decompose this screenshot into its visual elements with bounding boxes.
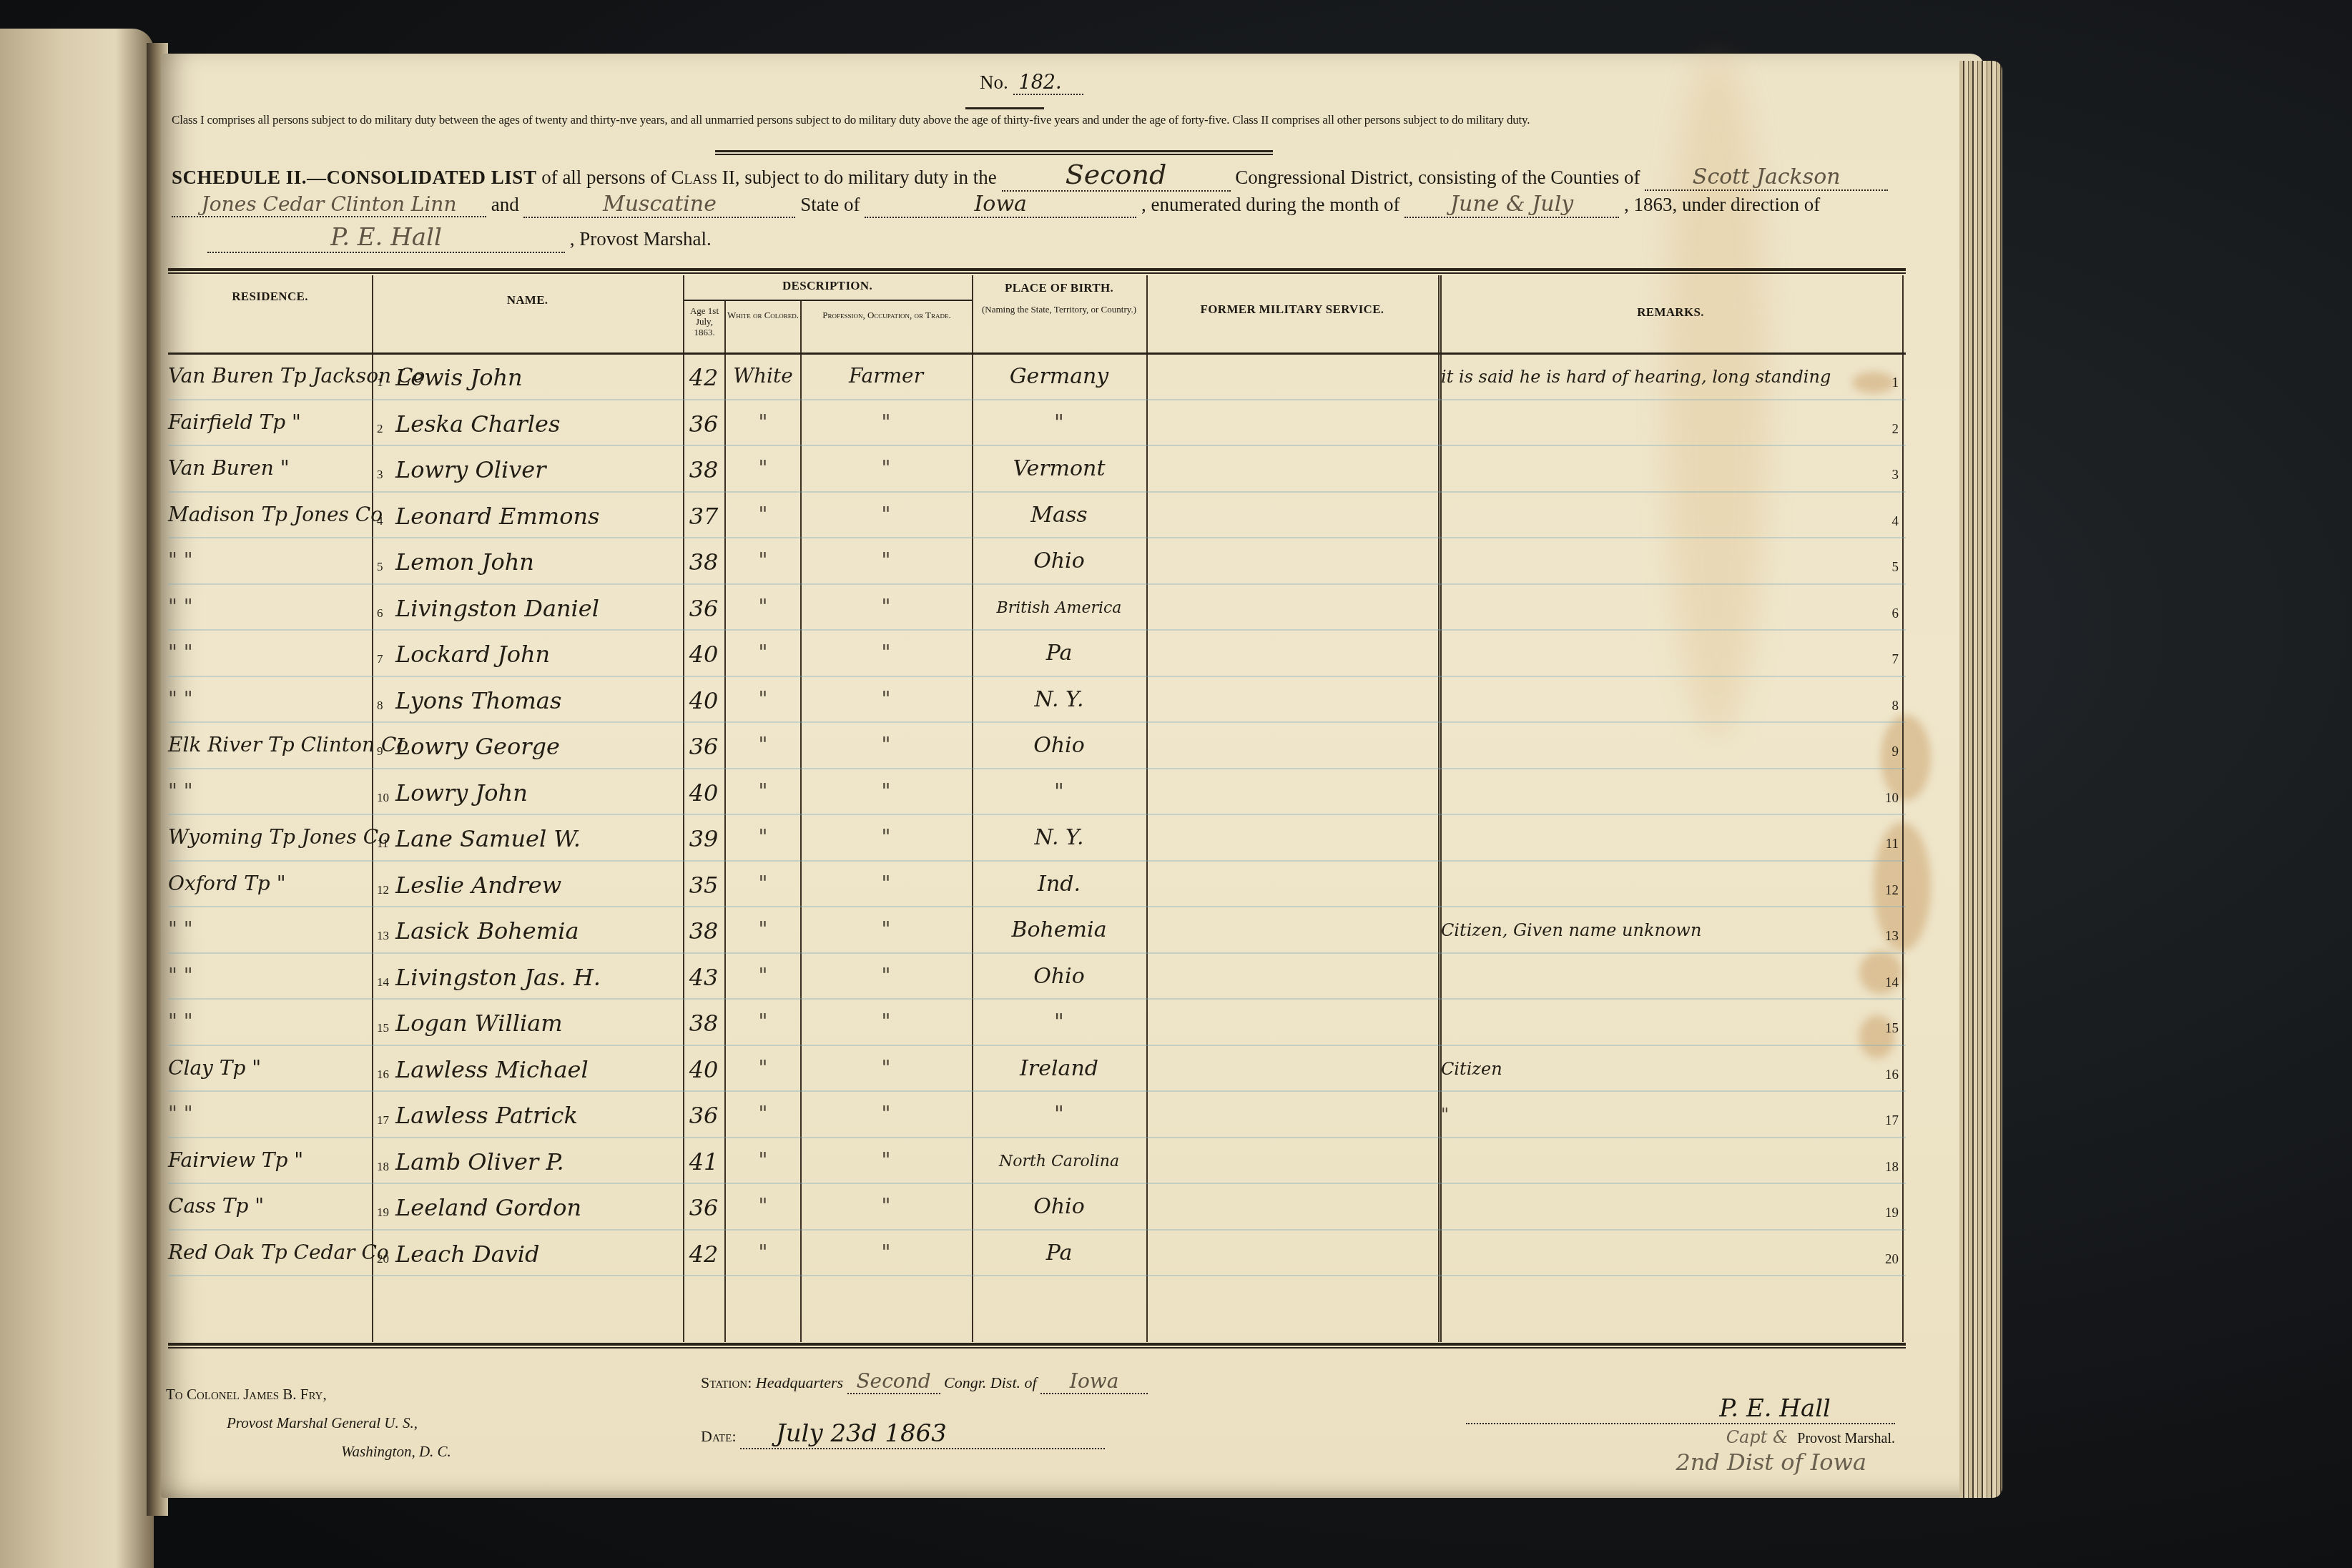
station-district-field: Second	[847, 1369, 940, 1394]
white-or-colored-cell: "	[726, 410, 800, 434]
and-label: and	[491, 194, 519, 215]
header-bottom-rule	[168, 352, 1906, 355]
residence-cell: Van Buren Tp Jackson Co	[168, 364, 372, 388]
profession-cell: "	[802, 410, 970, 434]
header-place-of-birth: PLACE OF BIRTH.	[972, 281, 1146, 295]
residence-cell: Wyoming Tp Jones Co	[168, 825, 372, 849]
schedule-title: SCHEDULE II.—CONSOLIDATED LIST of all pe…	[172, 159, 1888, 192]
table-row: Clay Tp "16Lawless Michael40""IrelandCit…	[168, 1047, 1906, 1094]
ruled-line	[168, 1183, 1906, 1184]
age-cell: 40	[683, 687, 724, 714]
remarks-cell: "	[1441, 1105, 1870, 1125]
name-cell: Livingston Daniel	[395, 595, 682, 622]
row-number: 7	[377, 652, 383, 666]
profession-cell: "	[802, 595, 970, 618]
row-number: 8	[377, 699, 383, 713]
line-number: 4	[1870, 514, 1899, 530]
place-of-birth-cell: Germany	[973, 364, 1145, 389]
line-number: 17	[1870, 1113, 1899, 1129]
row-number: 18	[377, 1160, 389, 1174]
name-cell: Lasick Bohemia	[395, 917, 682, 945]
line-number: 15	[1870, 1021, 1899, 1037]
line-number: 19	[1870, 1205, 1899, 1221]
residence-cell: " "	[168, 1102, 372, 1125]
name-cell: Lawless Michael	[395, 1056, 682, 1083]
table-row: Cass Tp "19Leeland Gordon36""Ohio19	[168, 1185, 1906, 1232]
age-cell: 42	[683, 1241, 724, 1268]
date-line: Date: July 23d 1863	[701, 1419, 1105, 1449]
ruled-line	[168, 906, 1906, 907]
row-number: 10	[377, 791, 389, 805]
age-cell: 38	[683, 456, 724, 483]
white-or-colored-cell: "	[726, 917, 800, 941]
line-number: 16	[1870, 1067, 1899, 1083]
place-of-birth-cell: N. Y.	[973, 687, 1145, 712]
white-or-colored-cell: "	[726, 825, 800, 849]
ruled-line	[168, 583, 1906, 585]
ruled-line	[168, 537, 1906, 538]
age-cell: 40	[683, 1056, 724, 1083]
divider	[965, 107, 1044, 109]
header-former-military-service: FORMER MILITARY SERVICE.	[1146, 302, 1438, 317]
table-row: " "8Lyons Thomas40""N. Y.8	[168, 679, 1906, 725]
age-cell: 36	[683, 595, 724, 622]
station-line: Station: Headquarters Second Congr. Dist…	[701, 1369, 1148, 1394]
line-number: 3	[1870, 468, 1899, 483]
ruled-line	[168, 860, 1906, 862]
profession-cell: "	[802, 733, 970, 756]
line-number: 1	[1870, 375, 1899, 391]
residence-cell: " "	[168, 1010, 372, 1033]
table-row: Oxford Tp "12Leslie Andrew35""Ind.12	[168, 863, 1906, 909]
profession-cell: "	[802, 964, 970, 987]
signature-title-text: Provost Marshal.	[1797, 1431, 1895, 1446]
name-cell: Lyons Thomas	[395, 687, 682, 714]
residence-cell: Clay Tp "	[168, 1056, 372, 1080]
name-cell: Livingston Jas. H.	[395, 964, 682, 991]
white-or-colored-cell: "	[726, 641, 800, 664]
line-number: 14	[1870, 975, 1899, 991]
residence-cell: Cass Tp "	[168, 1194, 372, 1218]
age-cell: 43	[683, 964, 724, 991]
row-number: 20	[377, 1252, 389, 1266]
place-of-birth-cell: Ireland	[973, 1056, 1145, 1081]
enumerated-label: , enumerated during the month of	[1141, 194, 1399, 215]
place-of-birth-cell: British America	[973, 599, 1145, 617]
date-label: Date:	[701, 1427, 737, 1445]
signature-rank: Capt &	[1726, 1427, 1788, 1447]
place-of-birth-cell: N. Y.	[973, 825, 1145, 850]
name-cell: Lowry George	[395, 733, 682, 760]
residence-cell: Oxford Tp "	[168, 872, 372, 895]
ruled-line	[168, 1229, 1906, 1231]
white-or-colored-cell: "	[726, 456, 800, 480]
divider	[715, 150, 1273, 155]
place-of-birth-cell: Ind.	[973, 872, 1145, 897]
header-profession: Profession, Occupation, or Trade.	[802, 310, 972, 320]
line-number: 18	[1870, 1160, 1899, 1175]
place-of-birth-cell: "	[973, 1010, 1145, 1035]
profession-cell: "	[802, 503, 970, 526]
age-cell: 36	[683, 1194, 724, 1221]
addressee-title: Provost Marshal General U. S.,	[166, 1409, 451, 1437]
ruled-line	[168, 814, 1906, 815]
header-age: Age 1st July, 1863.	[684, 305, 724, 337]
header-place-of-birth-sub: (Naming the State, Territory, or Country…	[975, 304, 1143, 315]
place-of-birth-cell: Bohemia	[973, 917, 1145, 942]
profession-cell: "	[802, 1102, 970, 1125]
addressee-block: To Colonel James B. Fry, Provost Marshal…	[166, 1380, 451, 1466]
place-of-birth-cell: Ohio	[973, 733, 1145, 758]
station-state-field: Iowa	[1040, 1369, 1148, 1394]
table-row: Elk River Tp Clinton Co9Lowry George36""…	[168, 724, 1906, 771]
ruled-line	[168, 629, 1906, 631]
ruled-line	[168, 998, 1906, 1000]
left-page	[0, 29, 154, 1568]
name-cell: Leach David	[395, 1241, 682, 1268]
white-or-colored-cell: "	[726, 687, 800, 711]
profession-cell: "	[802, 456, 970, 480]
white-or-colored-cell: "	[726, 1194, 800, 1218]
header-name: NAME.	[372, 293, 683, 307]
title-text: Congressional District, consisting of th…	[1235, 167, 1640, 188]
age-cell: 36	[683, 410, 724, 438]
age-cell: 38	[683, 548, 724, 576]
table-row: Van Buren Tp Jackson Co1Lewis John42Whit…	[168, 355, 1906, 402]
date-field: July 23d 1863	[740, 1419, 1105, 1449]
residence-cell: Red Oak Tp Cedar Co	[168, 1241, 372, 1264]
profession-cell: "	[802, 872, 970, 895]
line-number: 20	[1870, 1252, 1899, 1268]
table-top-rule	[168, 268, 1906, 274]
white-or-colored-cell: "	[726, 1148, 800, 1172]
ruled-line	[168, 768, 1906, 769]
profession-cell: "	[802, 1010, 970, 1033]
provost-line: P. E. Hall , Provost Marshal.	[207, 223, 712, 253]
place-of-birth-cell: Vermont	[973, 456, 1145, 481]
provost-marshal-label: , Provost Marshal.	[570, 228, 712, 250]
profession-cell: "	[802, 917, 970, 941]
table-row: " "15Logan William38"""15	[168, 1001, 1906, 1047]
residence-cell: " "	[168, 595, 372, 618]
age-cell: 42	[683, 364, 724, 391]
schedule-title-bold: SCHEDULE II.—CONSOLIDATED LIST	[172, 167, 536, 188]
counties-field-1: Scott Jackson	[1645, 164, 1888, 191]
counties-line: Jones Cedar Clinton Linn and Muscatine S…	[172, 192, 1820, 218]
state-field: Iowa	[865, 192, 1136, 218]
row-number: 16	[377, 1067, 389, 1082]
row-number: 11	[377, 837, 388, 851]
row-number: 17	[377, 1113, 389, 1128]
residence-cell: " "	[168, 548, 372, 572]
header-residence: RESIDENCE.	[168, 290, 372, 304]
age-cell: 35	[683, 872, 724, 899]
white-or-colored-cell: "	[726, 1241, 800, 1264]
line-number: 8	[1870, 699, 1899, 714]
signature-district: 2nd Dist of Iowa	[1466, 1449, 1895, 1476]
white-or-colored-cell: "	[726, 595, 800, 618]
enrollment-table: RESIDENCE. NAME. DESCRIPTION. Age 1st Ju…	[168, 268, 1906, 1348]
line-number: 11	[1870, 837, 1899, 852]
record-number: No. 182.	[980, 72, 1083, 94]
table-row: Fairview Tp "18Lamb Oliver P.41""North C…	[168, 1140, 1906, 1186]
residence-cell: Van Buren "	[168, 456, 372, 480]
line-number: 6	[1870, 606, 1899, 622]
place-of-birth-cell: "	[973, 779, 1145, 804]
line-number: 5	[1870, 560, 1899, 576]
row-number: 12	[377, 883, 389, 897]
line-number: 7	[1870, 652, 1899, 668]
record-number-label: No.	[980, 72, 1008, 93]
name-cell: Leslie Andrew	[395, 872, 682, 899]
white-or-colored-cell: "	[726, 503, 800, 526]
age-cell: 40	[683, 641, 724, 668]
place-of-birth-cell: Pa	[973, 1241, 1145, 1266]
place-of-birth-cell: North Carolina	[973, 1153, 1145, 1170]
signature-block: P. E. Hall Capt & Provost Marshal. 2nd D…	[1466, 1394, 1895, 1476]
table-row: Red Oak Tp Cedar Co20Leach David42""Pa20	[168, 1232, 1906, 1278]
white-or-colored-cell: "	[726, 548, 800, 572]
name-cell: Lawless Patrick	[395, 1102, 682, 1129]
year-label: , 1863, under direction of	[1624, 194, 1820, 215]
ruled-line	[168, 399, 1906, 400]
profession-cell: "	[802, 779, 970, 803]
title-text: subject to do military duty in the	[744, 167, 996, 188]
place-of-birth-cell: "	[973, 410, 1145, 435]
name-cell: Leonard Emmons	[395, 503, 682, 530]
profession-cell: Farmer	[802, 364, 970, 388]
row-number: 15	[377, 1021, 389, 1035]
table-row: " "13Lasick Bohemia38""BohemiaCitizen, G…	[168, 909, 1906, 955]
place-of-birth-cell: Ohio	[973, 1194, 1145, 1219]
table-row: Wyoming Tp Jones Co11Lane Samuel W.39""N…	[168, 817, 1906, 863]
table-row: " "5Lemon John38""Ohio5	[168, 540, 1906, 586]
profession-cell: "	[802, 641, 970, 664]
name-cell: Logan William	[395, 1010, 682, 1037]
age-cell: 41	[683, 1148, 724, 1175]
ruled-line	[168, 445, 1906, 446]
ruled-line	[168, 491, 1906, 493]
place-of-birth-cell: "	[973, 1102, 1145, 1127]
white-or-colored-cell: "	[726, 1010, 800, 1033]
district-ordinal-field: Second	[1002, 159, 1231, 192]
residence-cell: Fairfield Tp "	[168, 410, 372, 434]
residence-cell: Fairview Tp "	[168, 1148, 372, 1172]
description-rule	[684, 300, 972, 301]
station-text: Congr. Dist. of	[944, 1374, 1037, 1391]
table-row: Madison Tp Jones Co4Leonard Emmons37""Ma…	[168, 494, 1906, 541]
line-number: 13	[1870, 929, 1899, 945]
table-row: " "17Lawless Patrick36""""17	[168, 1093, 1906, 1140]
name-cell: Lockard John	[395, 641, 682, 668]
age-cell: 40	[683, 779, 724, 807]
place-of-birth-cell: Mass	[973, 503, 1145, 528]
profession-cell: "	[802, 1056, 970, 1080]
profession-cell: "	[802, 825, 970, 849]
table-row: Fairfield Tp "2Leska Charles36"""2	[168, 402, 1906, 448]
row-number: 6	[377, 606, 383, 621]
header-remarks: REMARKS.	[1438, 305, 1903, 320]
profession-cell: "	[802, 1148, 970, 1172]
row-number: 1	[377, 375, 383, 390]
profession-cell: "	[802, 687, 970, 711]
name-cell: Lowry Oliver	[395, 456, 682, 483]
station-text: Headquarters	[756, 1374, 843, 1391]
row-number: 4	[377, 514, 383, 528]
residence-cell: " "	[168, 687, 372, 711]
residence-cell: " "	[168, 917, 372, 941]
counties-field-2: Jones Cedar Clinton Linn	[172, 192, 486, 217]
age-cell: 38	[683, 917, 724, 945]
table-row: " "14Livingston Jas. H.43""Ohio14	[168, 955, 1906, 1002]
row-number: 2	[377, 422, 383, 436]
line-number: 2	[1870, 422, 1899, 438]
ruled-line	[168, 721, 1906, 723]
line-number: 10	[1870, 791, 1899, 807]
record-number-value: 182.	[1013, 72, 1083, 95]
row-number: 3	[377, 468, 383, 482]
table-row: " "10Lowry John40"""10	[168, 771, 1906, 817]
age-cell: 39	[683, 825, 724, 852]
white-or-colored-cell: "	[726, 872, 800, 895]
row-number: 5	[377, 560, 383, 574]
addressee-location: Washington, D. C.	[166, 1437, 451, 1466]
station-label: Station:	[701, 1374, 752, 1391]
row-number: 19	[377, 1205, 389, 1220]
addressee-name: To Colonel James B. Fry,	[166, 1380, 451, 1409]
title-class: Class II,	[671, 167, 740, 188]
table-row: Van Buren "3Lowry Oliver38""Vermont3	[168, 448, 1906, 494]
white-or-colored-cell: "	[726, 1056, 800, 1080]
name-cell: Leeland Gordon	[395, 1194, 682, 1221]
name-cell: Lamb Oliver P.	[395, 1148, 682, 1175]
ruled-line	[168, 1090, 1906, 1092]
white-or-colored-cell: "	[726, 779, 800, 803]
name-cell: Leska Charles	[395, 410, 682, 438]
row-number: 13	[377, 929, 389, 943]
place-of-birth-cell: Ohio	[973, 964, 1145, 989]
place-of-birth-cell: Ohio	[973, 548, 1145, 573]
state-label: State of	[800, 194, 860, 215]
signature-title: Capt & Provost Marshal.	[1466, 1427, 1895, 1447]
profession-cell: "	[802, 1194, 970, 1218]
page-edges	[1959, 61, 2002, 1498]
header-white-or-colored: White or Colored.	[726, 310, 800, 320]
ruled-line	[168, 1137, 1906, 1138]
name-cell: Lane Samuel W.	[395, 825, 682, 852]
name-cell: Lewis John	[395, 364, 682, 391]
ruled-line	[168, 1045, 1906, 1046]
residence-cell: " "	[168, 779, 372, 803]
counties-field-3: Muscatine	[523, 192, 795, 218]
residence-cell: " "	[168, 641, 372, 664]
table-bottom-rule	[168, 1343, 1906, 1348]
months-field: June & July	[1404, 192, 1619, 218]
line-number: 12	[1870, 883, 1899, 899]
row-number: 9	[377, 744, 383, 759]
profession-cell: "	[802, 1241, 970, 1264]
table-row: " "7Lockard John40""Pa7	[168, 632, 1906, 679]
residence-cell: " "	[168, 964, 372, 987]
row-number: 14	[377, 975, 389, 990]
provost-marshal-name-field: P. E. Hall	[207, 223, 565, 253]
remarks-cell: it is said he is hard of hearing, long s…	[1441, 367, 1870, 387]
signature: P. E. Hall	[1466, 1394, 1895, 1424]
place-of-birth-cell: Pa	[973, 641, 1145, 666]
age-cell: 38	[683, 1010, 724, 1037]
remarks-cell: Citizen, Given name unknown	[1441, 920, 1870, 940]
title-text: of all persons of	[541, 167, 666, 188]
age-cell: 36	[683, 733, 724, 760]
white-or-colored-cell: White	[726, 364, 800, 388]
line-number: 9	[1870, 744, 1899, 760]
age-cell: 36	[683, 1102, 724, 1129]
white-or-colored-cell: "	[726, 1102, 800, 1125]
ruled-line	[168, 1275, 1906, 1276]
age-cell: 37	[683, 503, 724, 530]
residence-cell: Elk River Tp Clinton Co	[168, 733, 372, 756]
white-or-colored-cell: "	[726, 733, 800, 756]
ruled-line	[168, 952, 1906, 954]
ruled-line	[168, 676, 1906, 677]
profession-cell: "	[802, 548, 970, 572]
name-cell: Lemon John	[395, 548, 682, 576]
table-row: " "6Livingston Daniel36""British America…	[168, 586, 1906, 633]
white-or-colored-cell: "	[726, 964, 800, 987]
remarks-cell: Citizen	[1441, 1059, 1870, 1079]
class-note: Class I comprises all persons subject to…	[172, 113, 1945, 127]
name-cell: Lowry John	[395, 779, 682, 807]
residence-cell: Madison Tp Jones Co	[168, 503, 372, 526]
header-description: DESCRIPTION.	[683, 279, 972, 293]
